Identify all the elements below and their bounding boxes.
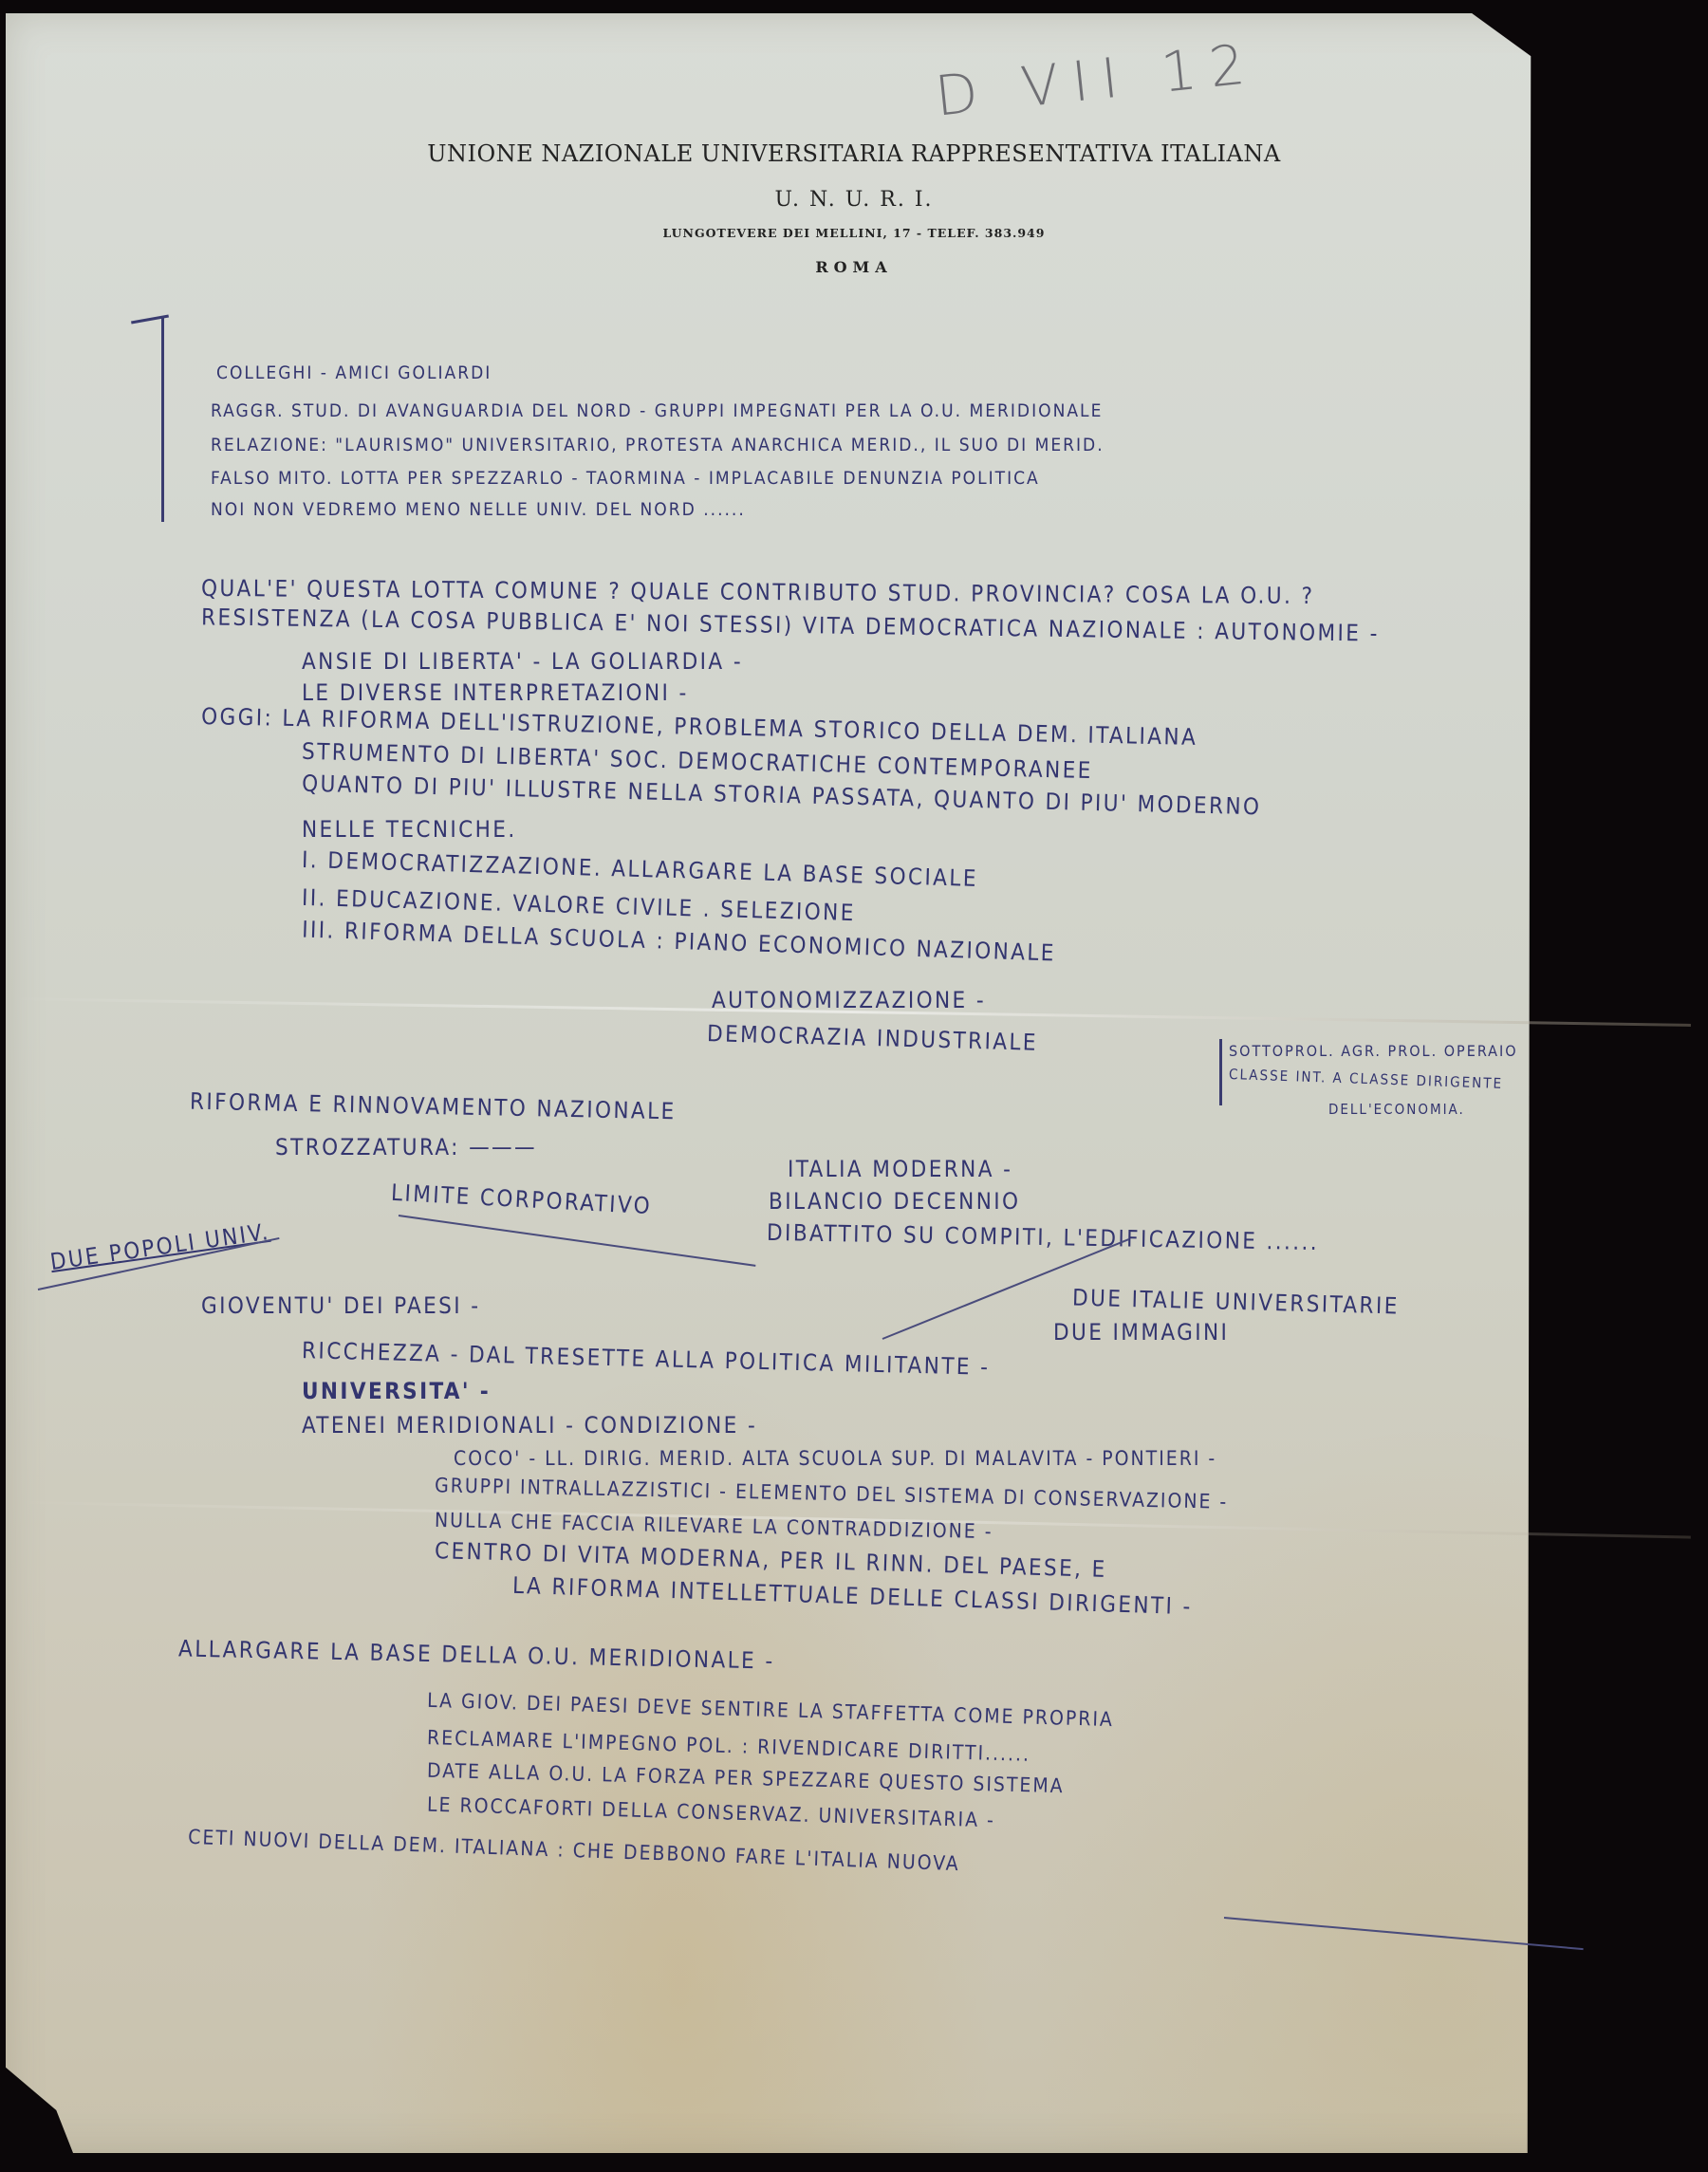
- intro-line: RELAZIONE: "LAURISMO" UNIVERSITARIO, PRO…: [211, 435, 1105, 455]
- letterhead-organization: UNIONE NAZIONALE UNIVERSITARIA RAPPRESEN…: [0, 140, 1708, 167]
- question-line: LE DIVERSE INTERPRETAZIONI -: [302, 679, 689, 706]
- gioventu-line: ATENEI MERIDIONALI - CONDIZIONE -: [302, 1412, 757, 1439]
- side-note-line: DELL'ECONOMIA.: [1328, 1101, 1465, 1118]
- side-note-bracket: [1219, 1039, 1222, 1105]
- letterhead-abbreviation: U. N. U. R. I.: [0, 188, 1708, 212]
- rinnovamento-line: STROZZATURA: ———: [275, 1134, 537, 1160]
- intro-line: COLLEGHI - AMICI GOLIARDI: [216, 362, 492, 383]
- letterhead-city: ROMA: [0, 258, 1708, 276]
- gioventu-line: DUE IMMAGINI: [1053, 1319, 1229, 1346]
- side-note-line: SOTTOPROL. AGR. PROL. OPERAIO: [1229, 1042, 1518, 1060]
- intro-line: FALSO MITO. LOTTA PER SPEZZARLO - TAORMI…: [211, 468, 1040, 489]
- margin-bracket: [161, 318, 177, 522]
- gioventu-line: COCO' - LL. DIRIG. MERID. ALTA SCUOLA SU…: [454, 1447, 1216, 1470]
- intro-line: RAGGR. STUD. DI AVANGUARDIA DEL NORD - G…: [211, 400, 1103, 421]
- sub-point: AUTONOMIZZAZIONE -: [712, 987, 986, 1013]
- letterhead-address: LUNGOTEVERE DEI MELLINI, 17 - TELEF. 383…: [0, 226, 1708, 240]
- question-line: ANSIE DI LIBERTA' - LA GOLIARDIA -: [302, 648, 743, 675]
- gioventu-line: GIOVENTU' DEI PAESI -: [201, 1292, 481, 1319]
- intro-line: NOI NON VEDREMO MENO NELLE UNIV. DEL NOR…: [211, 499, 746, 520]
- rinnovamento-line: ITALIA MODERNA -: [788, 1156, 1012, 1182]
- gioventu-line: UNIVERSITA' -: [302, 1378, 491, 1404]
- oggi-line: NELLE TECNICHE.: [302, 816, 517, 843]
- rinnovamento-line: BILANCIO DECENNIO: [769, 1188, 1020, 1215]
